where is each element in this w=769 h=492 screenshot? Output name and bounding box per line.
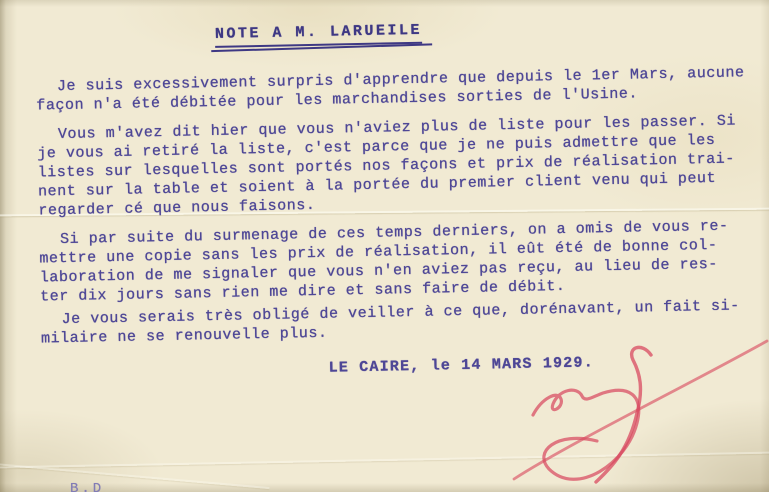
paragraph: Je suis excessivement surpris d'apprendr…	[36, 63, 769, 116]
dateline: LE CAIRE, le 14 MARS 1929.	[42, 350, 769, 384]
typed-text-block: NOTE A M. LARUEILE Je suis excessivement…	[0, 0, 769, 492]
paragraph: Vous m'avez dit hier que vous n'aviez pl…	[37, 111, 769, 221]
paragraph: Si par suite du surmenage de ces temps d…	[39, 216, 769, 307]
note-title: NOTE A M. LARUEILE	[215, 21, 422, 48]
scanned-document-page: NOTE A M. LARUEILE Je suis excessivement…	[0, 0, 769, 492]
typed-initials: B.D	[70, 481, 104, 492]
